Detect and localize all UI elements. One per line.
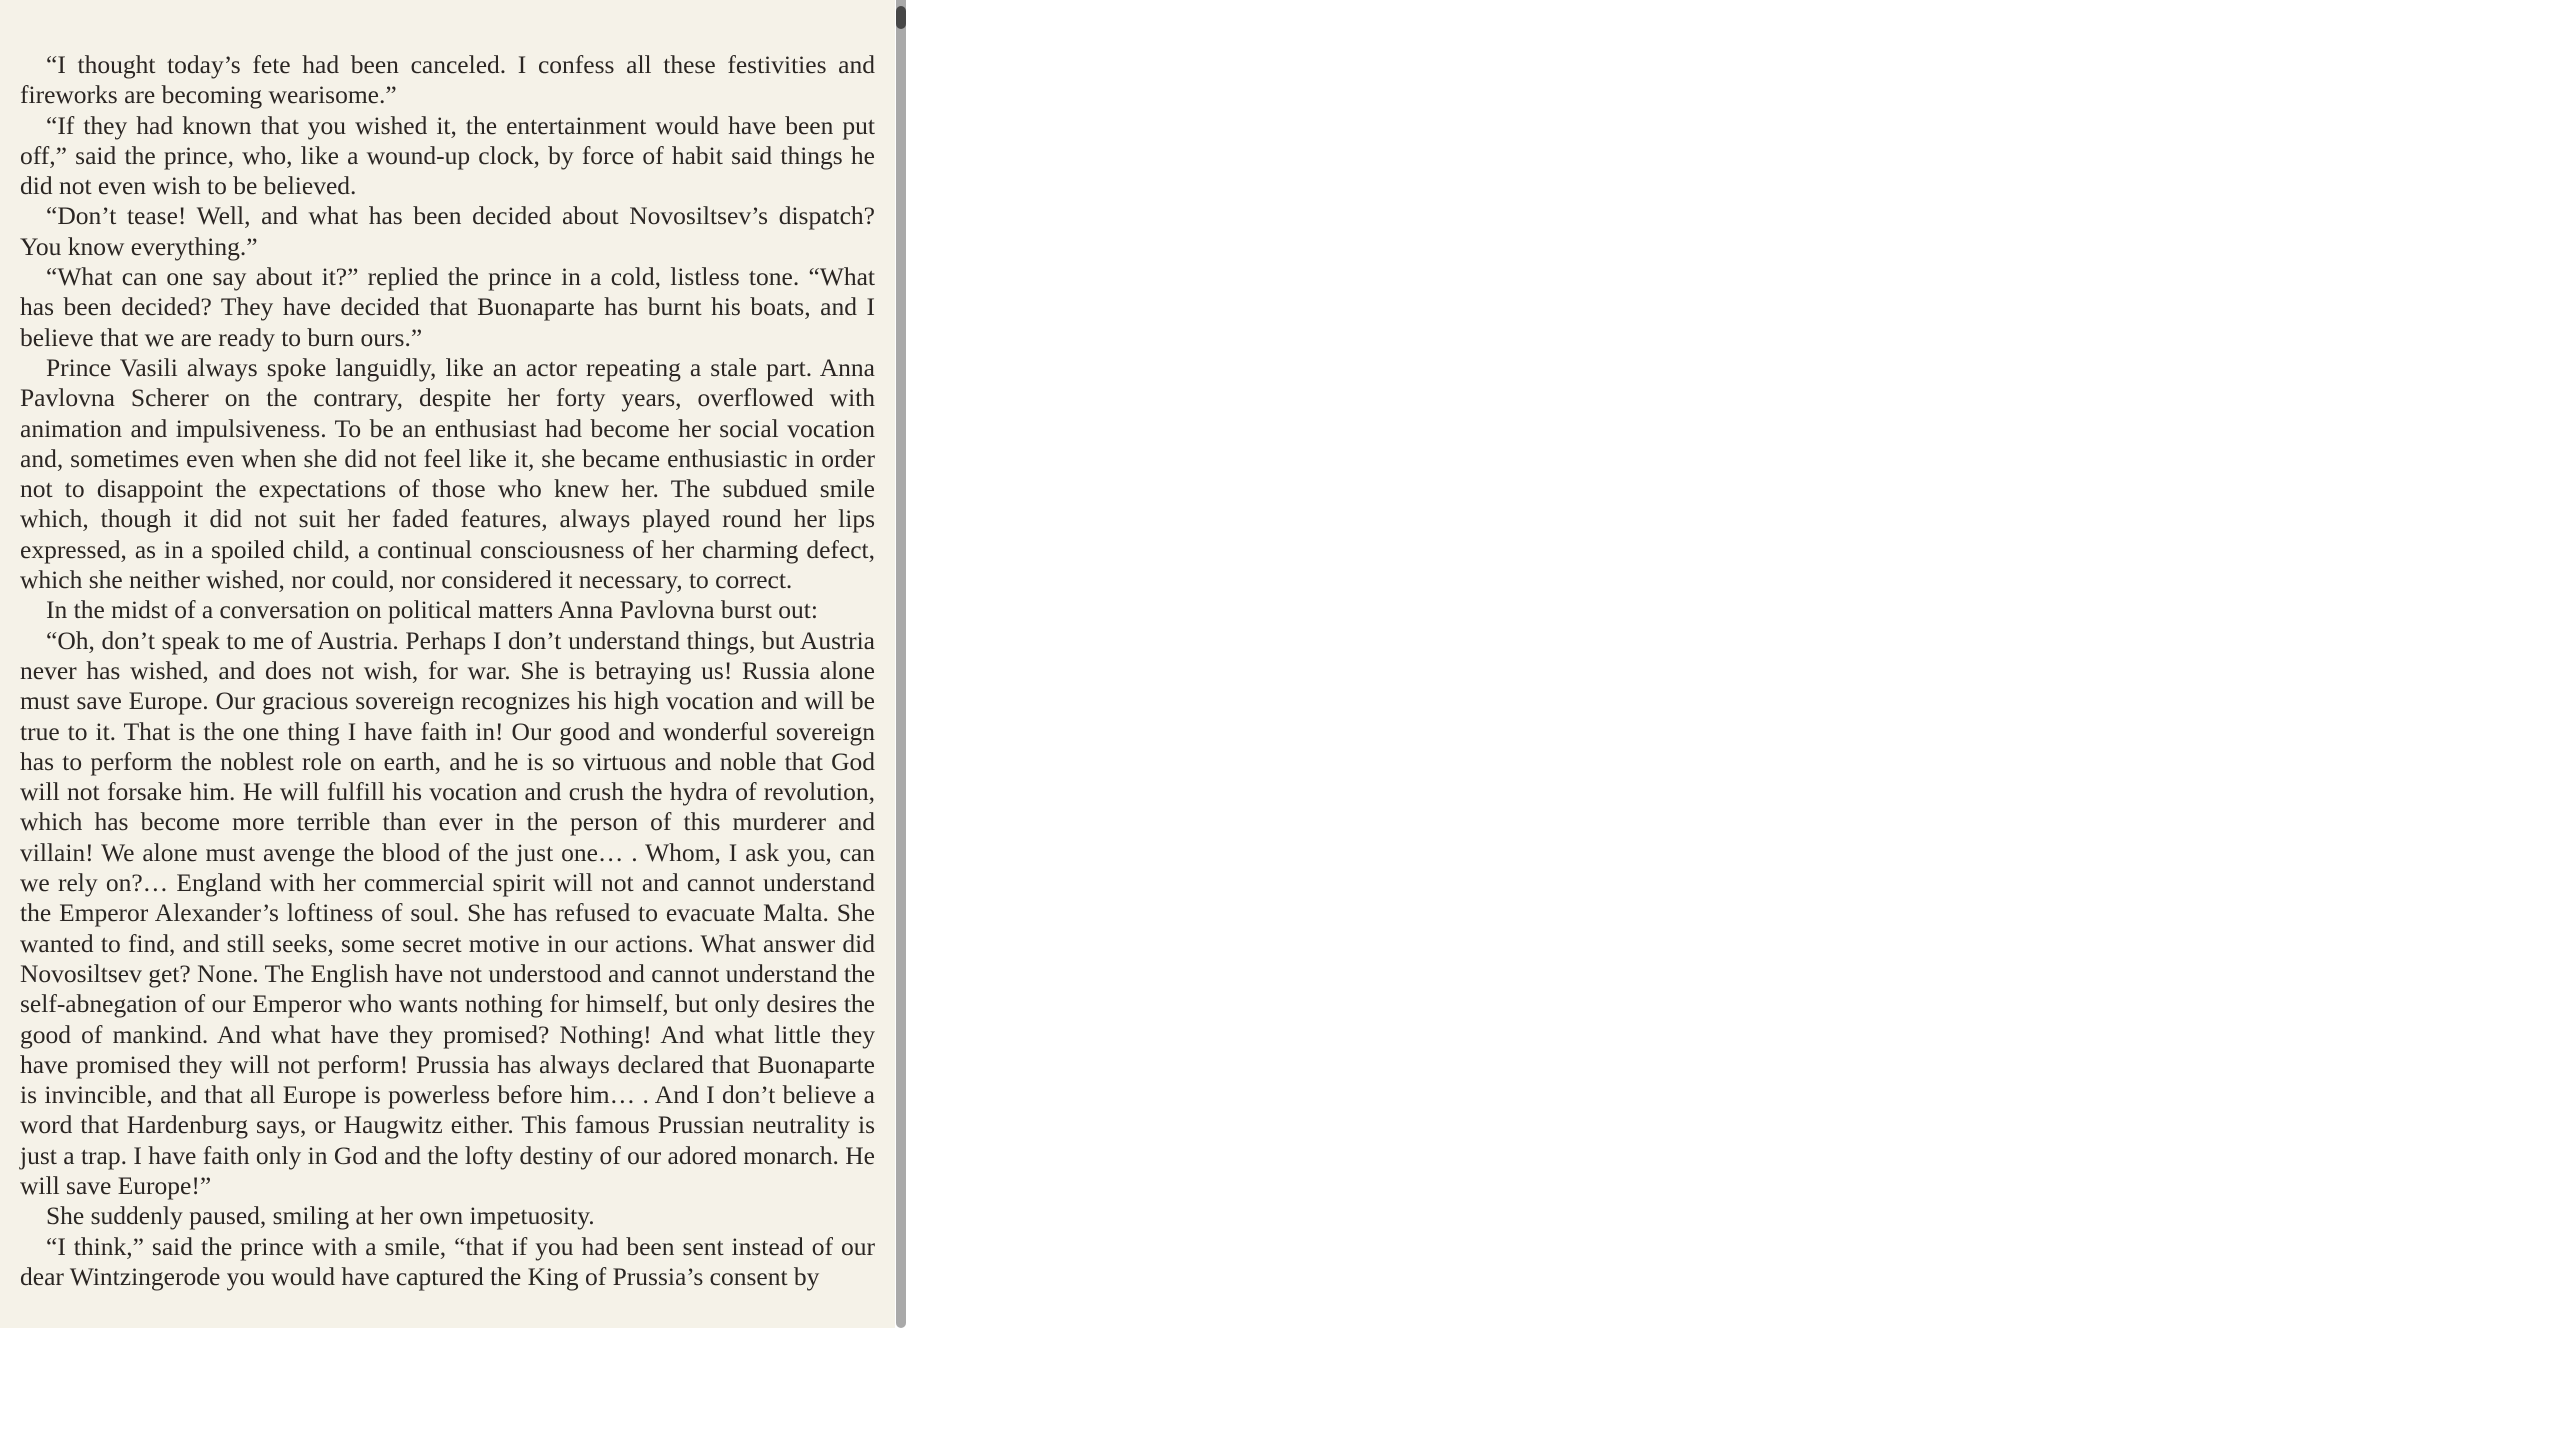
paragraph: “Don’t tease! Well, and what has been de… (20, 201, 875, 262)
paragraph: “What can one say about it?” replied the… (20, 262, 875, 353)
paragraph: “I think,” said the prince with a smile,… (20, 1232, 875, 1293)
paragraph: She suddenly paused, smiling at her own … (20, 1201, 875, 1231)
paragraph: “If they had known that you wished it, t… (20, 111, 875, 202)
vertical-scrollbar[interactable] (896, 0, 906, 1328)
scrollbar-thumb[interactable] (896, 6, 906, 29)
paragraph: “Oh, don’t speak to me of Austria. Perha… (20, 626, 875, 1202)
paragraph: Prince Vasili always spoke languidly, li… (20, 353, 875, 595)
paragraph: “I thought today’s fete had been cancele… (20, 50, 875, 111)
paragraph: In the midst of a conversation on politi… (20, 595, 875, 625)
reader-panel: “I thought today’s fete had been cancele… (0, 0, 895, 1328)
book-text: “I thought today’s fete had been cancele… (20, 50, 875, 1292)
